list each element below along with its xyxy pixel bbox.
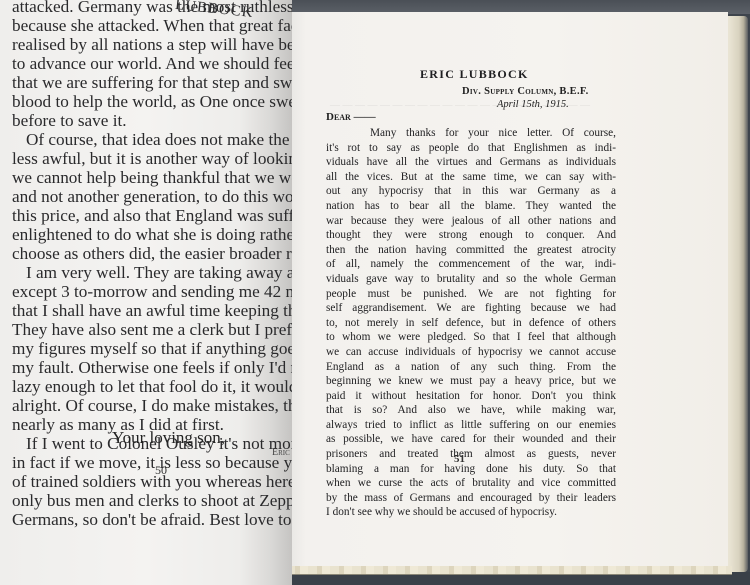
letter-address: Div. Supply Column, B.E.F. (462, 86, 589, 97)
text-line: because she attacked. When that great fa… (12, 16, 292, 35)
text-line: we can accuse individuals of hypocrisy w… (326, 345, 616, 360)
letter-salutation: Dear —— (326, 111, 376, 123)
text-line: enlightened to do what she is doing rath… (12, 225, 292, 244)
text-line: self aggrandisement. We are fighting bec… (326, 301, 616, 316)
text-line: I don't see why we should be accused of … (326, 505, 616, 520)
text-line: my figures myself so that if anything go… (12, 339, 292, 358)
left-page-body: attacked. Germany was the most ruthless … (12, 0, 292, 529)
left-page: LUBBOCK attacked. Germany was the most r… (0, 0, 292, 585)
letter-date: April 15th, 1915. (497, 99, 569, 110)
text-line: realised by all nations a step will have… (12, 35, 292, 54)
text-line: I am very well. They are taking away all… (12, 263, 292, 282)
text-line: paid it without hesitation for honor. Do… (326, 389, 616, 404)
text-line: before to save it. (12, 111, 292, 130)
text-line: to, not merely in self defence, but in d… (326, 316, 616, 331)
text-line: viduals have all the virtues and Germans… (326, 155, 616, 170)
text-line: in fact if we move, it is less so becaus… (12, 453, 292, 472)
text-line: blaming a man for having done his duty. … (326, 462, 616, 477)
text-line: out any hypocrisy that in this war Germa… (326, 184, 616, 199)
text-line: of trained soldiers with you whereas her… (12, 472, 292, 491)
text-line: war because they were jealous of all oth… (326, 214, 616, 229)
page-number-left: 50 (155, 463, 167, 478)
text-line: blood to help the world, as One once swe… (12, 92, 292, 111)
text-line: that we are suffering for that step and … (12, 73, 292, 92)
text-line: choose as others did, the easier broader… (12, 244, 292, 263)
text-line: of all, namely the commencement of the w… (326, 257, 616, 272)
letter-closing: Your loving son, (112, 428, 225, 448)
text-line: to advance our world. And we should feel… (12, 54, 292, 73)
page-number-right: 51 (454, 453, 465, 465)
text-line: that is so? And also we have, while maki… (326, 403, 616, 418)
right-page-body: Many thanks for your nice letter. Of cou… (326, 126, 616, 520)
deckle-edge (286, 566, 732, 575)
text-line: and not another generation, to do this w… (12, 187, 292, 206)
text-line: my fault. Otherwise one feels if only I'… (12, 358, 292, 377)
text-line: less awful, but it is another way of loo… (12, 149, 292, 168)
text-line: prisoners and treated them almost as gue… (326, 447, 616, 462)
text-line: when we curse the acts of brutality and … (326, 476, 616, 491)
text-line: viduals gave way to brutality and so the… (326, 272, 616, 287)
text-line: nation has to bear all the blame. They w… (326, 199, 616, 214)
text-line: always tried to inflict as little suffer… (326, 418, 616, 433)
text-line: as possible, we have cared for their wou… (326, 432, 616, 447)
text-line: then the nation having committed the gre… (326, 243, 616, 258)
text-line: only bus men and clerks to shoot at Zepp… (12, 491, 292, 510)
text-line: all the vices. But at the same time, we … (326, 170, 616, 185)
letter-signature: Eric (272, 447, 290, 458)
text-line: we cannot help being thankful that we we… (12, 168, 292, 187)
text-line: alright. Of course, I do make mistakes, … (12, 396, 292, 415)
text-line: this price, and also that England was su… (12, 206, 292, 225)
text-line: by the mass of Germans and encouraged by… (326, 491, 616, 506)
text-line: beginning we knew we must pay a heavy pr… (326, 374, 616, 389)
text-line: England as a nation of any such thing. F… (326, 360, 616, 375)
text-line: to whom we were pledged. So that I feel … (326, 330, 616, 345)
text-line: Germans, so don't be afraid. Best love t… (12, 510, 292, 529)
text-line: except 3 to-morrow and sending me 42 new… (12, 282, 292, 301)
text-line: it's rot to say as people do that Englis… (326, 141, 616, 156)
text-line: people must be punished. We are not figh… (326, 287, 616, 302)
running-header-right: ERIC LUBBOCK (420, 67, 529, 82)
text-line: They have also sent me a clerk but I pre… (12, 320, 292, 339)
text-line: lazy enough to let that fool do it, it w… (12, 377, 292, 396)
text-line: thought they were strong enough to conqu… (326, 228, 616, 243)
text-line: Many thanks for your nice letter. Of cou… (326, 126, 616, 141)
text-line: Of course, that idea does not make the s… (12, 130, 292, 149)
text-line: that I shall have an awful time keeping … (12, 301, 292, 320)
text-line: attacked. Germany was the most ruthless … (12, 0, 292, 16)
